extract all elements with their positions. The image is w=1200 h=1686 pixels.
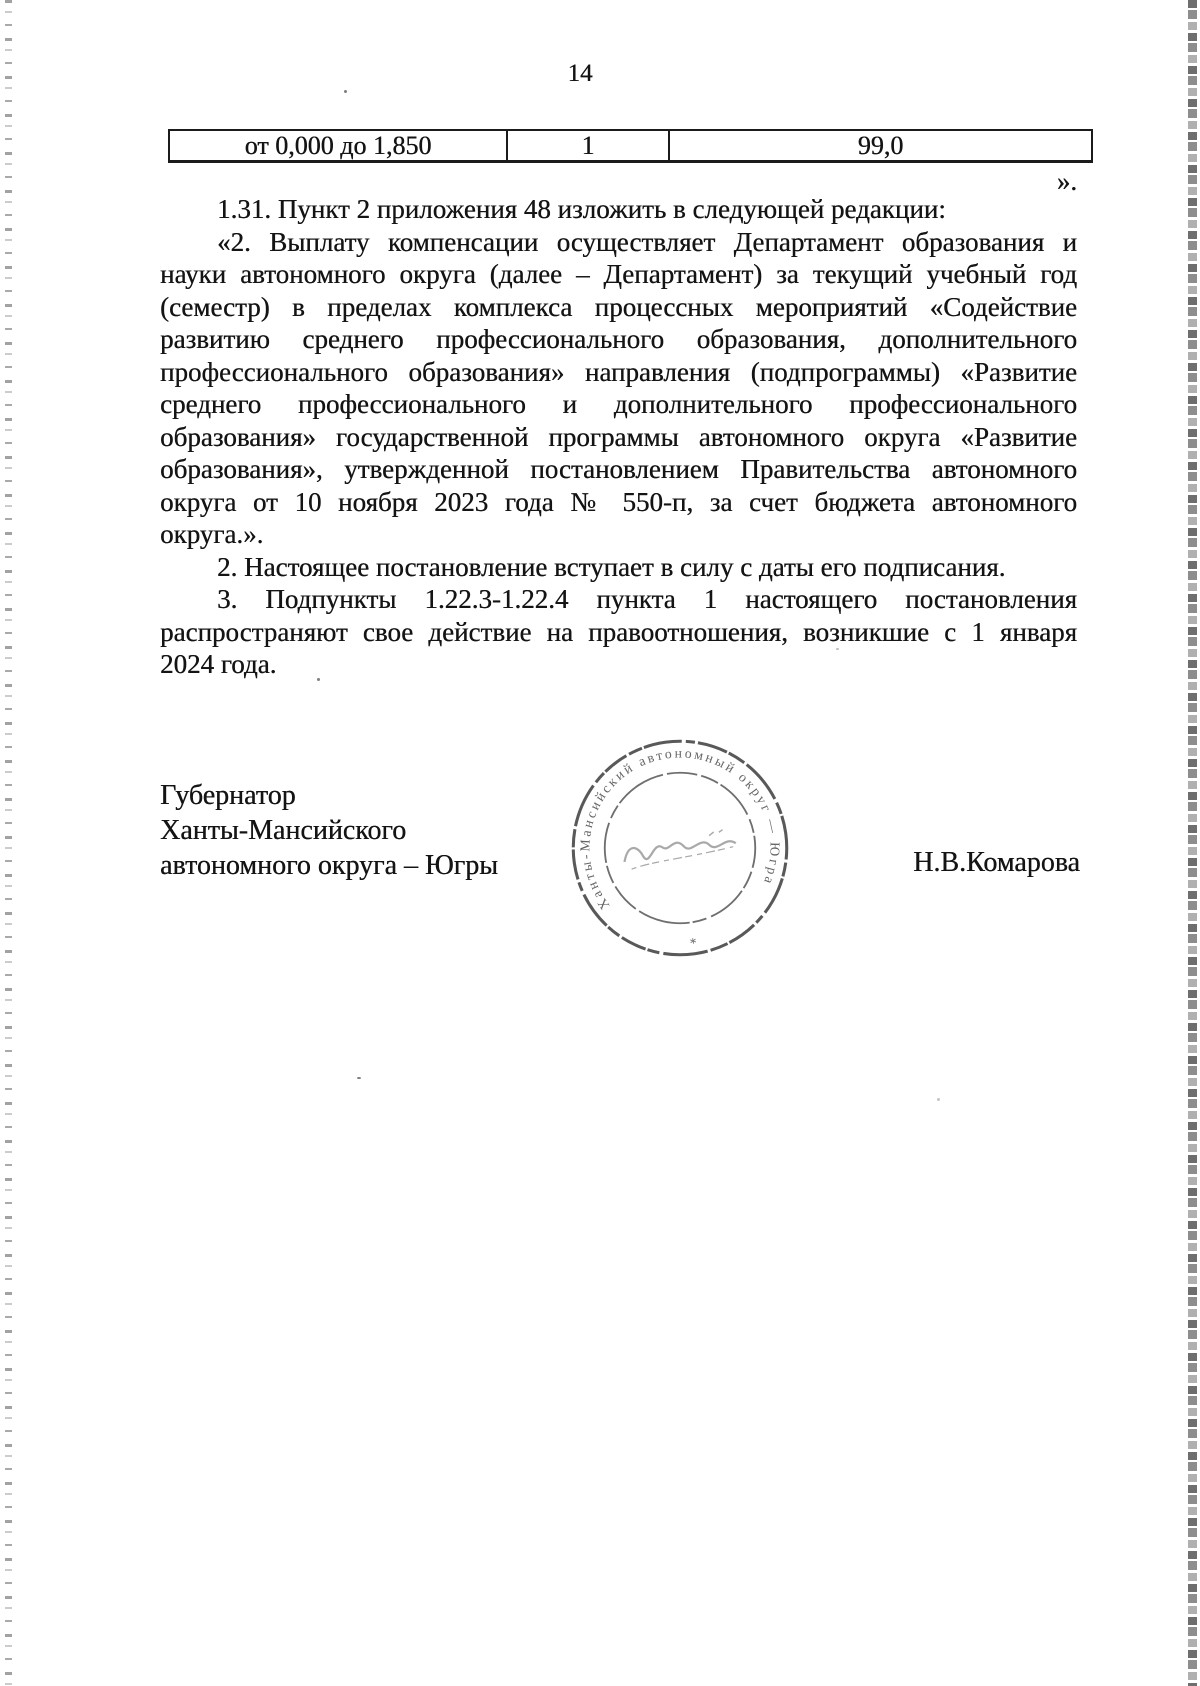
scanned-page: 14 от 0,000 до 1,850 1 99,0 ». 1.31. Пун…: [0, 0, 1200, 1686]
text-line: 2024 года.: [160, 648, 1077, 681]
scan-noise-right: [1188, 0, 1197, 1686]
table-cell-coefficient: 1: [508, 131, 670, 160]
scan-speck: [937, 1098, 940, 1101]
signatory-name: Н.В.Комарова: [0, 845, 1080, 880]
text-line: среднего профессионального и дополнитель…: [160, 388, 1077, 421]
text-line: образования» государственной программы а…: [160, 421, 1077, 454]
scan-noise-left: [5, 0, 12, 1686]
text-line: 1.31. Пункт 2 приложения 48 изложить в с…: [160, 193, 1077, 226]
text-line: округа от 10 ноября 2023 года № 550-п, з…: [160, 486, 1077, 519]
scan-speck: [357, 1077, 361, 1079]
text-line: распространяют свое действие на правоотн…: [160, 616, 1077, 649]
signatory-title-line: Губернатор: [160, 778, 498, 813]
text-line: 2. Настоящее постановление вступает в си…: [160, 551, 1077, 584]
stamp-star: ∗: [688, 933, 698, 948]
text-line: развитию среднего профессионального обра…: [160, 323, 1077, 356]
text-line: округа.».: [160, 518, 1077, 551]
text-line: (семестр) в пределах комплекса процессны…: [160, 291, 1077, 324]
text-line: образования», утвержденной постановление…: [160, 453, 1077, 486]
table-cell-range: от 0,000 до 1,850: [170, 131, 508, 160]
stamp-ring-text: Ханты-Мансийский автономный округ — Югра: [564, 732, 789, 915]
text-line: 3. Подпункты 1.22.3-1.22.4 пункта 1 наст…: [160, 583, 1077, 616]
coefficient-table-fragment: от 0,000 до 1,850 1 99,0: [168, 129, 1093, 163]
text-line: «2. Выплату компенсации осуществляет Деп…: [160, 226, 1077, 259]
svg-text:Ханты-Мансийский автономный ок: Ханты-Мансийский автономный округ — Югра: [564, 732, 789, 915]
table-cell-value: 99,0: [670, 131, 1091, 160]
document-paragraphs: 1.31. Пункт 2 приложения 48 изложить в с…: [160, 193, 1077, 681]
text-line: профессионального образования» направлен…: [160, 356, 1077, 389]
text-line: науки автономного округа (далее – Департ…: [160, 258, 1077, 291]
scan-speck: [344, 90, 347, 93]
page-number: 14: [0, 59, 1160, 89]
signatory-title-line: Ханты-Мансийского: [160, 813, 498, 848]
